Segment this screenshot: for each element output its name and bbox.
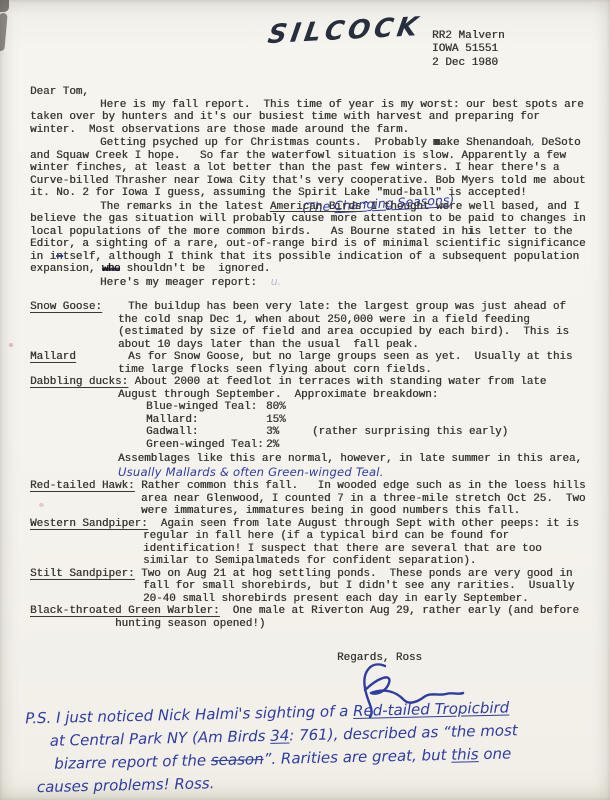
paragraph-christmas-counts: Getting psyched up for Christmas counts.… [30,136,586,200]
paragraph-american-birds: The remarks in the latest American Birds… [30,200,586,276]
report-entry-western-sandpiper: Western Sandpiper: Again seen from late … [30,518,586,568]
breakdown-percent: 80% [266,401,300,414]
handwritten-name: SILCOCK [266,12,424,50]
report-section: Snow Goose: The buildup has been very la… [30,301,586,630]
breakdown-note: (rather surprising this early) [312,426,508,438]
scan-artifact [0,0,9,12]
breakdown-row: Green-winged Teal:2% [118,439,586,452]
address-line: RR2 Malvern [432,30,505,43]
scan-artifact [0,13,8,52]
report-entry-mallard: Mallard As for Snow Goose, but no large … [30,351,586,376]
sender-address-block: RR2 MalvernIOWA 515512 Dec 1980 [432,30,505,70]
report-entry-black-throated-green-warbler: Black-throated Green Warbler: One male a… [30,605,586,630]
scan-artifact [9,343,13,347]
breakdown-species: Green-winged Teal: [146,439,266,452]
breakdown-percent: 2% [266,439,300,452]
breakdown-row: Blue-winged Teal:80% [118,401,586,414]
postscript: P.S. I just noticed Nick Halmi's sightin… [25,695,593,800]
breakdown-species: Blue-winged Teal: [146,401,266,414]
breakdown-species: Mallard: [146,414,266,427]
report-entry-dabbling-ducks: Dabbling ducks: About 2000 at feedlot in… [30,376,586,480]
report-entry-stilt-sandpiper: Stilt Sandpiper: Two on Aug 21 at hog se… [30,568,586,606]
salutation: Dear Tom, [30,86,586,99]
breakdown-species: Gadwall: [146,426,266,439]
letter-body: Dear Tom,Here is my fall report. This ti… [30,86,586,630]
breakdown-percent: 3% [266,426,300,439]
dabbling-outro: Assemblages like this are normal, howeve… [118,451,586,480]
scanned-letter: SILCOCK RR2 MalvernIOWA 515512 Dec 1980 … [0,0,610,800]
dabbling-intro: Dabbling ducks: About 2000 at feedlot in… [30,376,553,401]
letter-date: 2 Dec 1980 [432,57,505,70]
breakdown-percent: 15% [266,414,300,427]
address-line: IOWA 51551 [432,43,505,56]
breakdown-row: Mallard:15% [118,414,586,427]
report-intro: Here's my meager report: u. [30,276,586,290]
paragraph-fall-report: Here is my fall report. This time of yea… [30,99,586,137]
breakdown-row: Gadwall:3%(rather surprising this early) [118,426,586,439]
report-entry-snow-goose: Snow Goose: The buildup has been very la… [30,301,586,351]
report-entry-red-tailed-hawk: Red-tailed Hawk: Rather common this fall… [30,480,586,518]
